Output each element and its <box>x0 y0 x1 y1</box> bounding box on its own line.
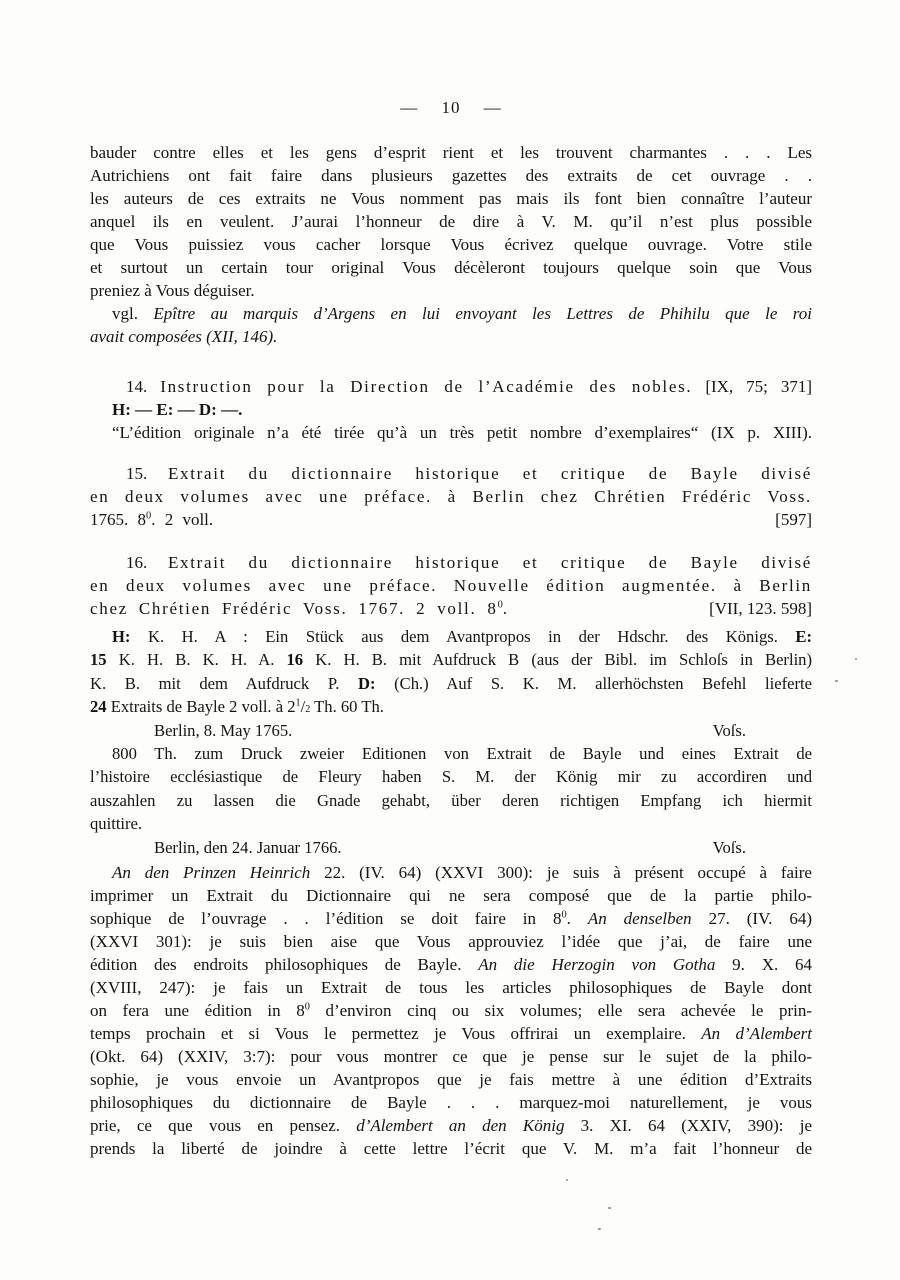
text-line: Autrichiens ont fait faire dans plusieur… <box>90 164 812 187</box>
text-segment: 3. XI. 64 (XXIV, 390): je <box>564 1116 812 1135</box>
paragraph-letters-paragraph: An den Prinzen Heinrich 22. (IV. 64) (XX… <box>90 861 812 1160</box>
text-line: sophique de l’ouvrage . . l’édition se d… <box>90 907 812 930</box>
text-segment: Berlin, 8. May 1765. <box>154 721 292 740</box>
text-segment: quittire. <box>90 814 142 833</box>
text-segment: imprimer un Extrait du Dictionnaire qui … <box>90 886 812 905</box>
paragraph-entry-14: 14. Instruction pour la Direction de l’A… <box>90 375 812 444</box>
text-line: en deux volumes avec une préface. Nouvel… <box>90 574 812 597</box>
text-segment: l’histoire ecclésiastique de Fleury habe… <box>90 767 812 786</box>
text-segment: philosophiques du dictionnaire de Bayle … <box>90 1093 812 1112</box>
text-line: H: — E: — D: —. <box>90 398 812 421</box>
line-left: Berlin, 8. May 1765. <box>154 719 292 742</box>
text-segment: E: <box>795 627 812 646</box>
text-segment: 24 <box>90 697 107 716</box>
text-segment: K. H. B. mit Aufdruck B (aus der Bibl. i… <box>303 650 812 669</box>
text-line: les auteurs de ces extraits ne Vous nomm… <box>90 187 812 210</box>
text-segment: en deux volumes avec une préface. Nouvel… <box>90 576 812 595</box>
text-segment: (Okt. 64) (XXIV, 3:7): pour vous montrer… <box>90 1047 812 1066</box>
text-segment: H: <box>112 627 130 646</box>
text-segment: An den Prinzen Heinrich <box>112 863 310 882</box>
line-left: 1765. 80. 2 voll. <box>90 508 213 531</box>
line-left: Berlin, den 24. Januar 1766. <box>154 836 342 859</box>
text-segment: sophique de l’ouvrage . . l’édition se d… <box>90 909 561 928</box>
text-segment: 1765. 8 <box>90 510 146 529</box>
line-left: chez Chrétien Frédéric Voss. 1767. 2 vol… <box>90 597 509 620</box>
text-line: l’histoire ecclésiastique de Fleury habe… <box>90 765 812 788</box>
text-line: anquel ils en veulent. J’aurai l’honneur… <box>90 210 812 233</box>
text-segment: 27. (IV. 64) <box>692 909 812 928</box>
text-segment: [597] <box>775 510 812 529</box>
text-segment: Extrait du dictionnaire historique et cr… <box>168 464 812 483</box>
text-segment: d’Alembert an den König <box>356 1116 564 1135</box>
paragraph-apparatus: H: K. H. A : Ein Stück aus dem Avantprop… <box>90 625 812 859</box>
text-segment: on fera une édition in 8 <box>90 1001 305 1020</box>
text-segment: 15 <box>90 650 107 669</box>
line-right: Voſs. <box>713 719 812 742</box>
text-line: sophie, je vous envoie un Avantpropos qu… <box>90 1068 812 1091</box>
text-segment: An die Herzogin von Gotha <box>478 955 715 974</box>
text-line: auszahlen zu lassen die Gnade gehabt, üb… <box>90 789 812 812</box>
text-line: et surtout un certain tour original Vous… <box>90 256 812 279</box>
text-segment: An denselben <box>588 909 692 928</box>
text-line: imprimer un Extrait du Dictionnaire qui … <box>90 884 812 907</box>
text-segment: (Ch.) Auf S. K. M. allerhöchsten Befehl … <box>376 674 813 693</box>
text-line: 15. Extrait du dictionnaire historique e… <box>90 462 812 485</box>
text-segment: que Vous puissiez vous cacher lorsque Vo… <box>90 235 812 254</box>
text-segment: bauder contre elles et les gens d’esprit… <box>90 143 812 162</box>
text-segment: [VII, 123. 598] <box>709 599 812 618</box>
text-segment: K. H. A : Ein Stück aus dem Avantpropos … <box>130 627 795 646</box>
page-number: — 10 — <box>90 96 812 119</box>
text-segment: anquel ils en veulent. J’aurai l’honneur… <box>90 212 812 231</box>
text-segment: Voſs. <box>713 838 746 857</box>
text-segment: Epître au marquis d’Argens en lui envoya… <box>153 304 812 323</box>
text-line: philosophiques du dictionnaire de Bayle … <box>90 1091 812 1114</box>
text-line: 800 Th. zum Druck zweier Editionen von E… <box>90 742 812 765</box>
text-segment: 16 <box>286 650 303 669</box>
text-segment: Th. 60 Th. <box>310 697 384 716</box>
text-line: prends la liberté de joindre à cette let… <box>90 1137 812 1160</box>
text-segment: (XVIII, 247): je fais un Extrait de tous… <box>90 978 812 997</box>
text-segment: 22. (IV. 64) (XXVI 300): je suis à prése… <box>310 863 812 882</box>
text-blocks: bauder contre elles et les gens d’esprit… <box>90 141 812 1160</box>
text-line: 1765. 80. 2 voll.[597] <box>90 508 812 531</box>
text-segment: [IX, 75; 371] <box>692 377 812 396</box>
text-segment: 14. <box>126 377 160 396</box>
text-segment: et surtout un certain tour original Vous… <box>90 258 812 277</box>
text-segment: en deux volumes avec une préface. à Berl… <box>90 487 812 506</box>
scan-speck <box>608 1207 611 1209</box>
text-line: 15 K. H. B. K. H. A. 16 K. H. B. mit Auf… <box>90 648 812 671</box>
book-page: — 10 — bauder contre elles et les gens d… <box>0 0 900 1280</box>
text-line: chez Chrétien Frédéric Voss. 1767. 2 vol… <box>90 597 812 620</box>
scan-speck <box>598 1228 601 1230</box>
scan-speck <box>855 658 857 660</box>
text-line: que Vous puissiez vous cacher lorsque Vo… <box>90 233 812 256</box>
text-line: preniez à Vous déguiser. <box>90 279 812 302</box>
text-segment: K. B. mit dem Aufdruck P. <box>90 674 358 693</box>
text-segment: Extrait du dictionnaire historique et cr… <box>168 553 812 572</box>
line-right: Voſs. <box>713 836 812 859</box>
text-segment: 15. <box>126 464 168 483</box>
scan-speck <box>566 1179 568 1181</box>
text-segment: édition des endroits philosophiques de B… <box>90 955 478 974</box>
paragraph-entry-15: 15. Extrait du dictionnaire historique e… <box>90 462 812 531</box>
text-segment: sophie, je vous envoie un Avantpropos qu… <box>90 1070 812 1089</box>
paragraph-continuation-paragraph: bauder contre elles et les gens d’esprit… <box>90 141 812 302</box>
text-segment: 800 Th. zum Druck zweier Editionen von E… <box>112 744 812 763</box>
text-line: quittire. <box>90 812 812 835</box>
text-segment: . <box>567 909 588 928</box>
text-line: (XVIII, 247): je fais un Extrait de tous… <box>90 976 812 999</box>
text-segment: An d’Alembert <box>701 1024 812 1043</box>
text-segment: Autrichiens ont fait faire dans plusieur… <box>90 166 812 185</box>
text-line: prie, ce que vous en pensez. d’Alembert … <box>90 1114 812 1137</box>
text-segment: “L’édition originale n’a été tirée qu’à … <box>112 423 812 442</box>
text-segment: preniez à Vous déguiser. <box>90 281 255 300</box>
text-segment: Extraits de Bayle 2 voll. à 2 <box>107 697 296 716</box>
text-line: édition des endroits philosophiques de B… <box>90 953 812 976</box>
text-line: avait composées (XII, 146). <box>90 325 812 348</box>
text-segment: prends la liberté de joindre à cette let… <box>90 1139 812 1158</box>
text-segment: vgl. <box>112 304 153 323</box>
text-segment: Voſs. <box>713 721 746 740</box>
text-segment: chez Chrétien Frédéric Voss. 1767. 2 vol… <box>90 599 498 618</box>
paragraph-entry-16: 16. Extrait du dictionnaire historique e… <box>90 551 812 620</box>
text-line: “L’édition originale n’a été tirée qu’à … <box>90 421 812 444</box>
text-line: Berlin, den 24. Januar 1766.Voſs. <box>90 836 812 859</box>
text-line: Berlin, 8. May 1765.Voſs. <box>90 719 812 742</box>
text-line: (XXVI 301): je suis bien aise que Vous a… <box>90 930 812 953</box>
text-segment: . <box>503 599 509 618</box>
text-line: 14. Instruction pour la Direction de l’A… <box>90 375 812 398</box>
text-segment: K. H. B. K. H. A. <box>107 650 287 669</box>
text-segment: 9. X. 64 <box>715 955 812 974</box>
line-right: [VII, 123. 598] <box>709 597 812 620</box>
text-segment: les auteurs de ces extraits ne Vous nomm… <box>90 189 812 208</box>
text-line: on fera une édition in 80 d’environ cinq… <box>90 999 812 1022</box>
text-line: 16. Extrait du dictionnaire historique e… <box>90 551 812 574</box>
text-line: 24 Extraits de Bayle 2 voll. à 21/2 Th. … <box>90 695 812 718</box>
text-segment: D: <box>358 674 376 693</box>
text-line: bauder contre elles et les gens d’esprit… <box>90 141 812 164</box>
text-segment: H: — E: — D: —. <box>112 400 242 419</box>
text-segment: Berlin, den 24. Januar 1766. <box>154 838 342 857</box>
line-right: [597] <box>775 508 812 531</box>
paragraph-vgl-note: vgl. Epître au marquis d’Argens en lui e… <box>90 302 812 348</box>
text-line: vgl. Epître au marquis d’Argens en lui e… <box>90 302 812 325</box>
scan-speck <box>835 680 838 682</box>
text-segment: prie, ce que vous en pensez. <box>90 1116 356 1135</box>
text-line: en deux volumes avec une préface. à Berl… <box>90 485 812 508</box>
text-line: temps prochain et si Vous le permettez j… <box>90 1022 812 1045</box>
text-segment: Instruction pour la Direction de l’Acadé… <box>160 377 692 396</box>
text-segment: 16. <box>126 553 168 572</box>
text-line: H: K. H. A : Ein Stück aus dem Avantprop… <box>90 625 812 648</box>
text-segment: . 2 voll. <box>151 510 213 529</box>
page-content: — 10 — bauder contre elles et les gens d… <box>90 96 812 1160</box>
text-segment: (XXVI 301): je suis bien aise que Vous a… <box>90 932 812 951</box>
text-segment: auszahlen zu lassen die Gnade gehabt, üb… <box>90 791 812 810</box>
text-line: K. B. mit dem Aufdruck P. D: (Ch.) Auf S… <box>90 672 812 695</box>
text-segment: avait composées (XII, 146). <box>90 327 277 346</box>
text-segment: temps prochain et si Vous le permettez j… <box>90 1024 701 1043</box>
text-segment: d’environ cinq ou six volumes; elle sera… <box>310 1001 812 1020</box>
text-line: (Okt. 64) (XXIV, 3:7): pour vous montrer… <box>90 1045 812 1068</box>
text-line: An den Prinzen Heinrich 22. (IV. 64) (XX… <box>90 861 812 884</box>
